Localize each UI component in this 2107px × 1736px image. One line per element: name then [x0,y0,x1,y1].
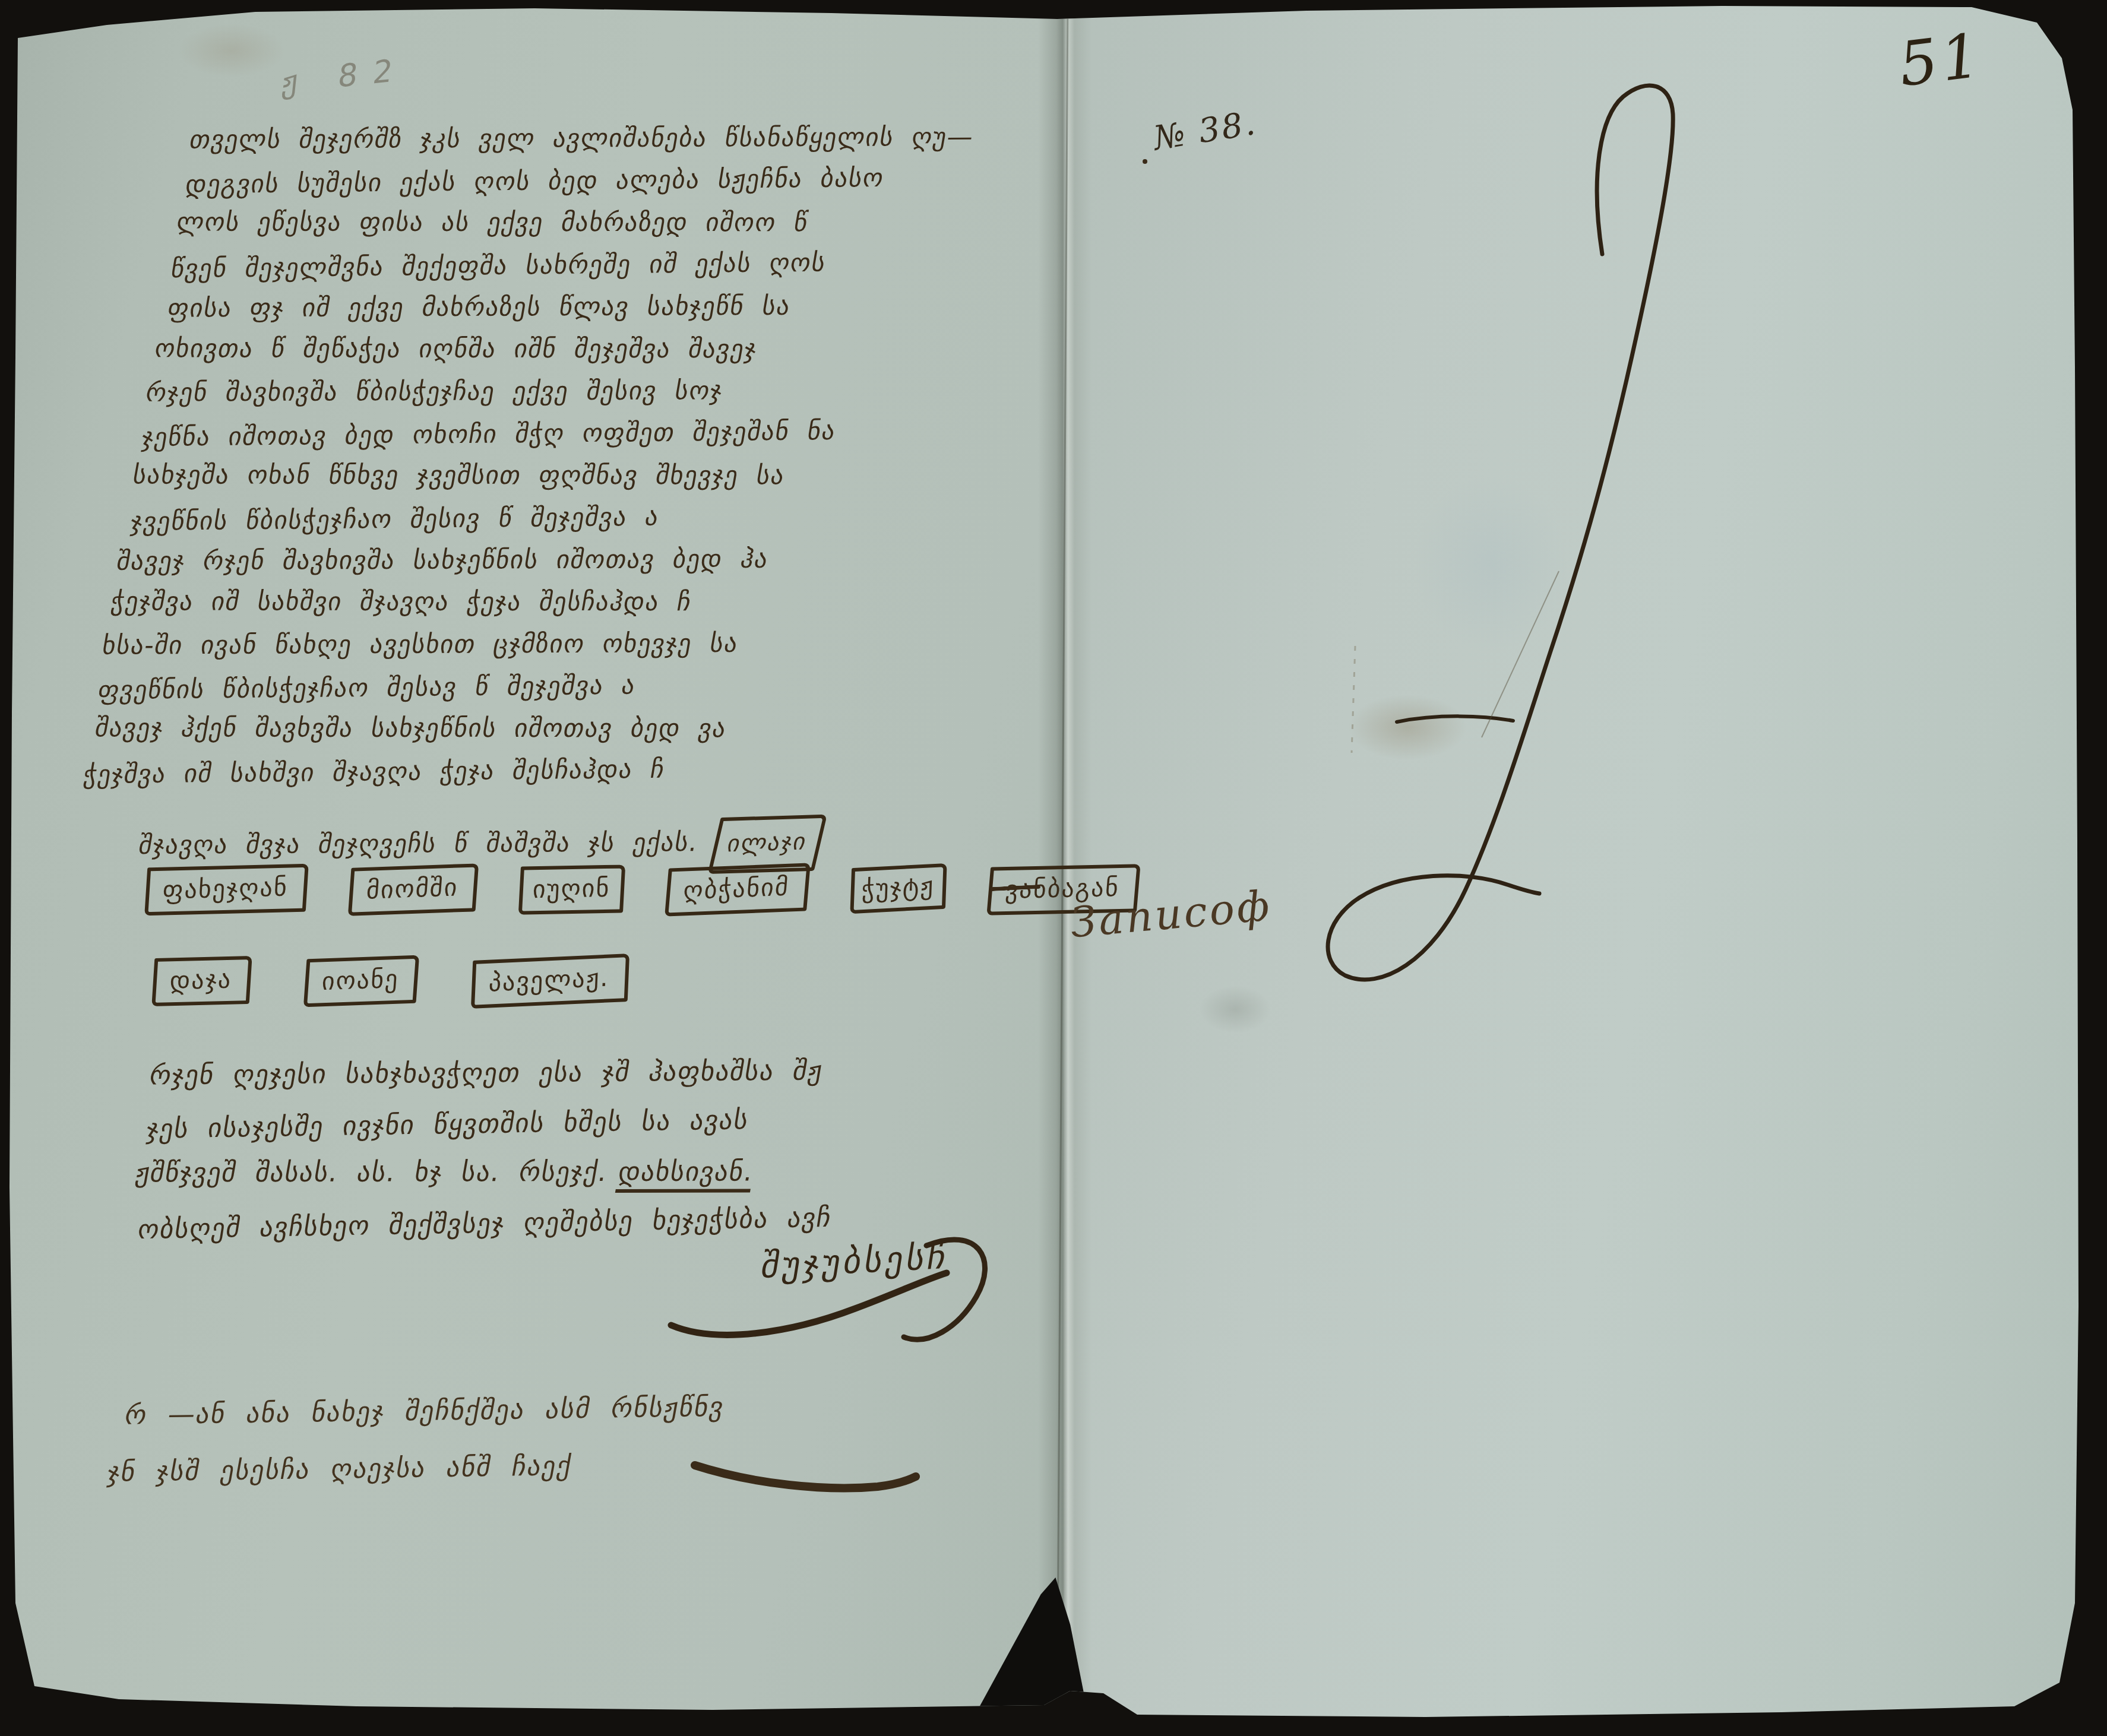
boxed-word: პაველაჟ. [471,953,629,1009]
handwritten-line: ოხივთა წ შეწაჭეა იღნშა იშნ შეჯეშვა შავეჯ [151,328,1054,370]
handwritten-line: შავეჯ რჯენ შავხივშა სახჯეწნის იშოთავ ბედ… [113,537,1018,582]
manuscript-scan: ჟ 82 თველს შეჯერშზ ჯკს ველ ავლიშანება წს… [0,0,2107,1736]
handwritten-line: ლოს ეწესვა ფისა ას ექვე მახრაზედ იშოო წ [173,201,1075,244]
handwritten-line: რჯენ შავხივშა წბისჭეჯჩაე ექვე შესივ სოჯ [143,369,1047,414]
underlined-word: დახსივან. [615,1156,756,1193]
closing-paragraph: რჯენ ღეჯესი სახჯხავჭღეთ ესა ჯშ ჰაფხაშსა … [121,1044,1070,1250]
handwritten-line: წვენ შეჯელშვნა შექეფშა სახრეშე იშ ექას ღ… [167,240,1069,290]
handwritten-line: ჯვეწნის წბისჭეჯჩაო შესივ წ შეჯეშვა ა [127,493,1025,543]
handwritten-line: ფისა ფჯ იშ ექვე მახრაზეს წლავ სახჯეწნ სა [164,284,1061,330]
handwritten-line-with-underline: ჟშწჯვეშ შასას. ას. ხჯ სა. რსეჯქ.დახსივან… [131,1146,1052,1198]
boxed-word: დაჯა [151,956,252,1006]
handwritten-line: ჭეჯშვა იშ სახშვი შჯავღა ჭეჯა შესჩაჰდა ჩ [107,581,1010,623]
handwritten-line: თველს შეჯერშზ ჯკს ველ ავლიშანება წსანაწყ… [186,116,1090,161]
main-text-block: თველს შეჯერშზ ჯკს ველ ავლიშანება წსანაწყ… [77,116,1090,793]
handwritten-line: ჯნ ჯსშ ესესჩა ღაეჯსა ანშ ჩაექ [103,1432,954,1501]
line-text: ჟშწჯვეშ შასას. ას. ხჯ სა. რსეჯქ. [133,1156,610,1188]
handwritten-line: ჯეწნა იშოთავ ბედ ოხოჩი შჭღ ოფშეთ შეჯეშან… [138,408,1040,459]
paper-sheet: ჟ 82 თველს შეჯერშზ ჯკს ველ ავლიშანება წს… [0,0,2107,1736]
postscript-block: რ —ან ანა ნახეჯ შეჩნქშეა ასმ რნსჟწნვჯნ ჯ… [110,1375,964,1501]
handwritten-line: ხსა-ში ივან წახღე ავესხით ცჯმზიო ოხევჯე … [99,622,1003,667]
handwritten-line: შავეჯ ჰქენ შავხვშა სახჯეწნის იშოთავ ბედ … [91,707,988,750]
boxed-word: ჭუჯტჟ [850,863,947,914]
boxed-word: იუღინ [518,864,626,914]
handwritten-line: ფვეწნის წბისჭეჯჩაო შესავ წ შეჯეშვა ა [94,661,996,712]
boxed-words-row-2: დაჯაიოანეპაველაჟ. [153,957,628,1005]
handwritten-line: ჭეჯშვა იშ სახშვი შჯავღა ჭეჯა შესჩაჰდა ჩ [80,746,982,796]
handwritten-line: დეგვის სუშესი ექას ღოს ბედ ალება სჟეჩნა … [182,156,1084,206]
boxed-word: იოანე [303,955,420,1008]
boxed-word: ფახეჯღან [144,864,308,916]
handwritten-line: სახჯეშა ოხან წნხვე ჯვეშსით ფღშნავ შხევჯე… [129,454,1032,497]
boxed-words-row-1: ფახეჯღანმიომშიიუღინღბჭანიმჭუჯტჟვანბაგან [146,866,1138,914]
folio-page-number: 51 [1895,20,1987,100]
right-page [1064,0,2107,1736]
handwritten-line: ჯეს ისაჯესშე ივჯნი წყვთშის ხშეს სა ავას [143,1090,1062,1154]
final-line-text: შჯავღა შვჯა შეჯღვეჩს წ შაშვშა ჯს ექას. [137,828,701,860]
boxed-word: ღბჭანიმ [665,863,810,916]
boxed-word: მიომში [347,863,478,915]
